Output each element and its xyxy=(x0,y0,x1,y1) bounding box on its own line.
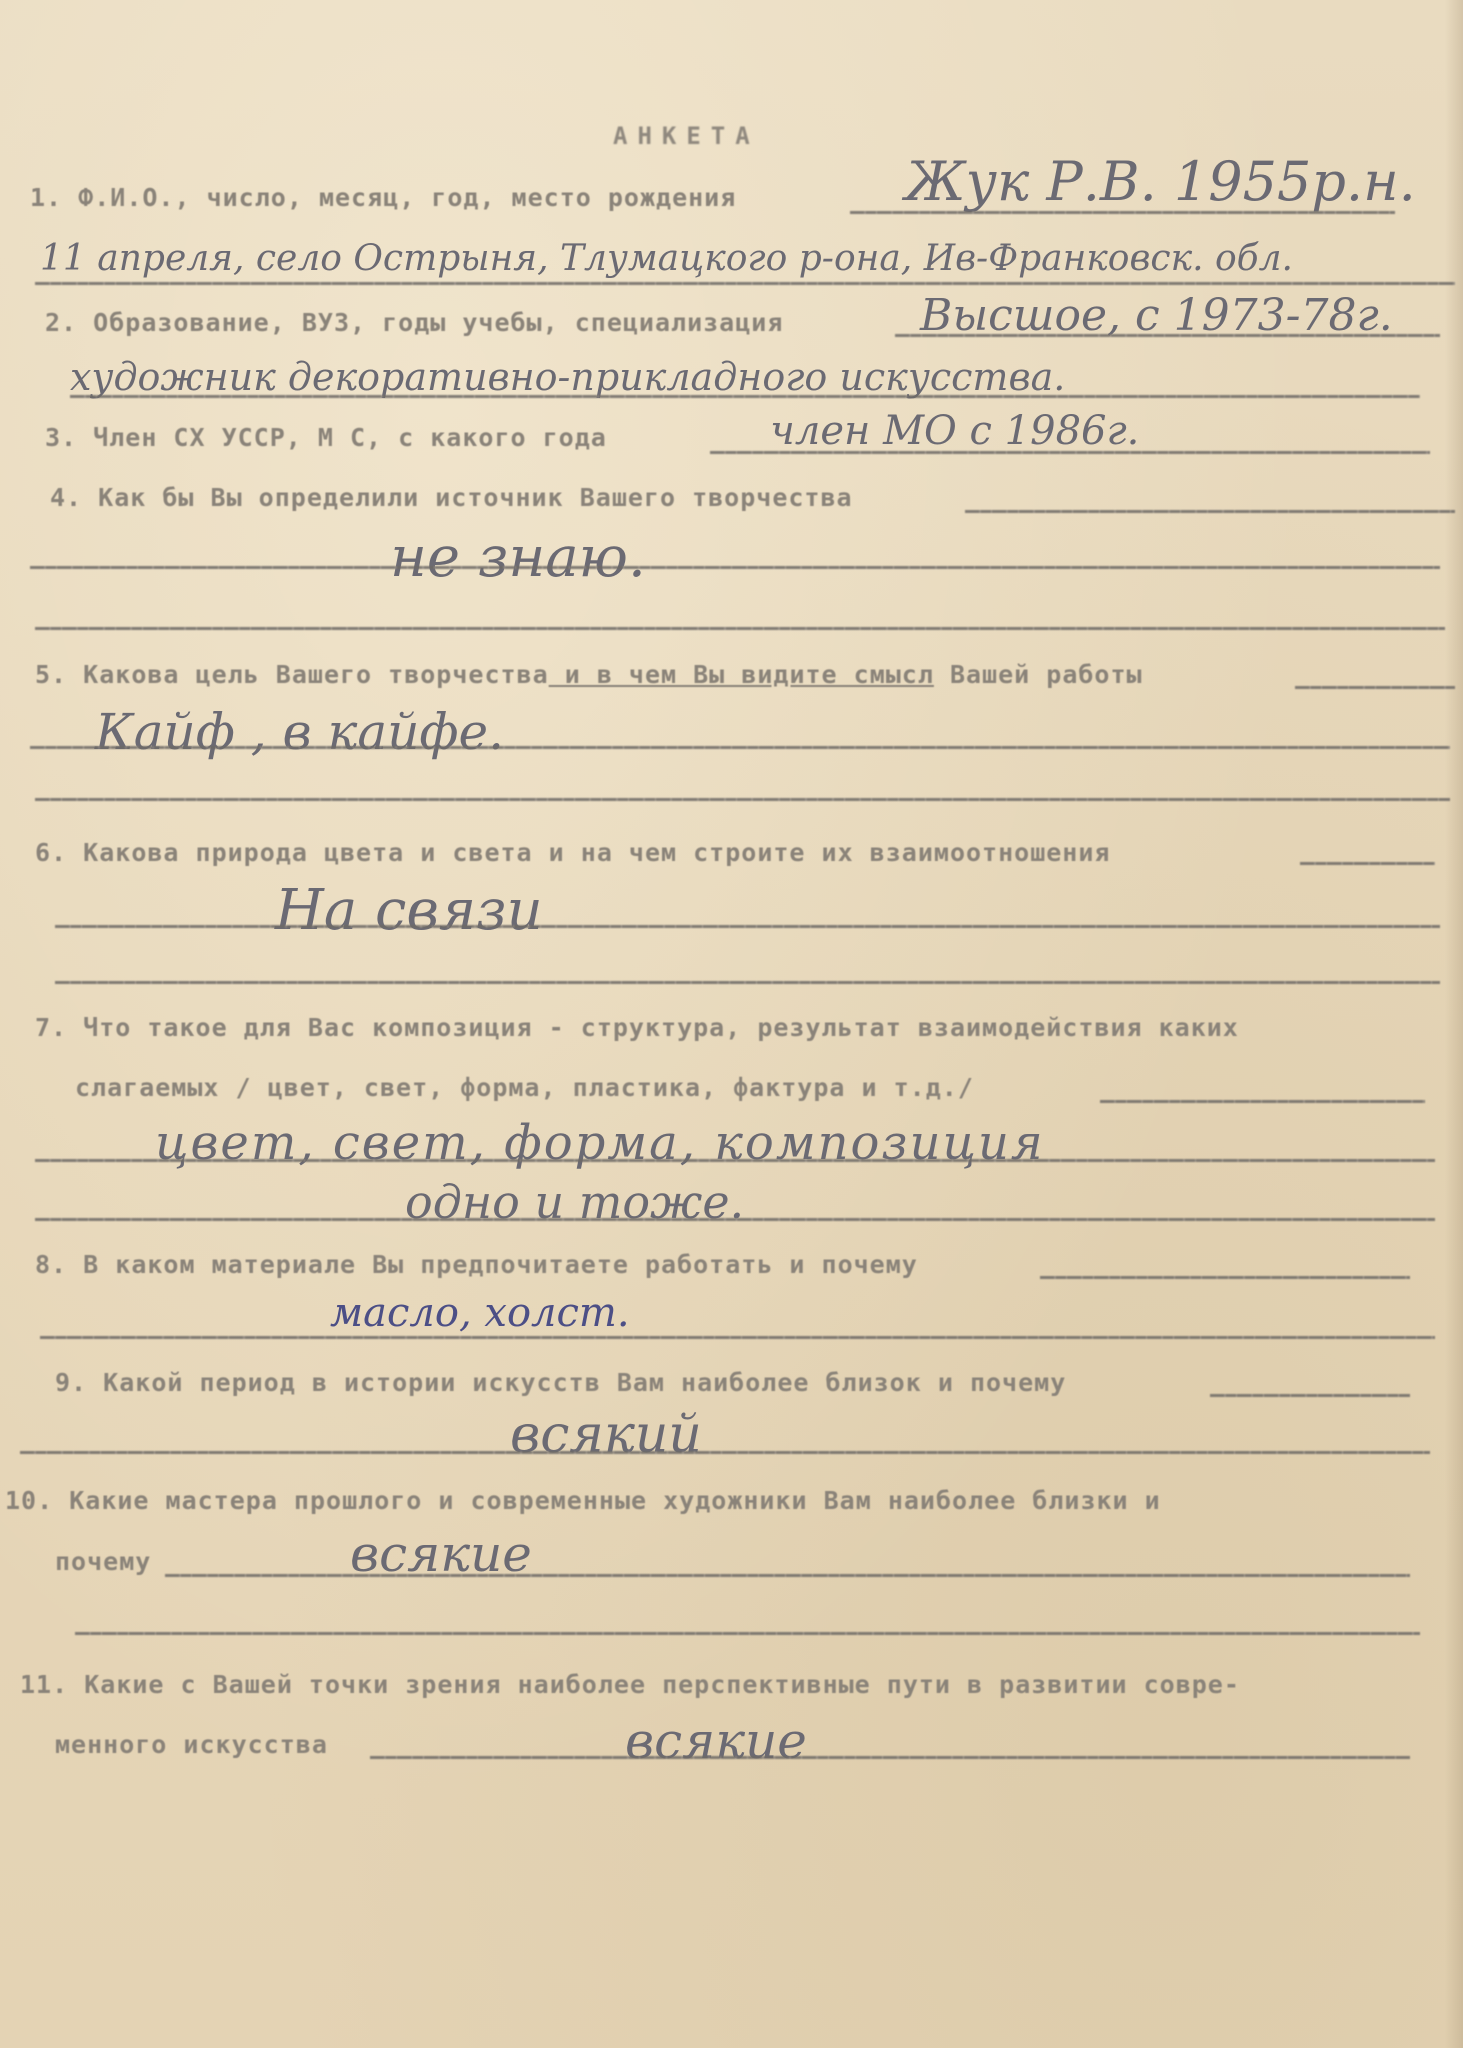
question-text: Ф.И.О., число, месяц, год, место рождени… xyxy=(78,183,736,212)
question-text: Какие с Вашей точки зрения наиболее перс… xyxy=(84,1670,1240,1699)
question-number: 9. xyxy=(55,1368,87,1397)
answer-line xyxy=(30,566,1440,569)
answer-4: не знаю. xyxy=(390,525,646,590)
question-text: Какие мастера прошлого и современные худ… xyxy=(69,1486,1161,1515)
question-text: Какова природа цвета и света и на чем ст… xyxy=(83,838,1110,867)
question-8: 8. В каком материале Вы предпочитаете ра… xyxy=(35,1250,918,1279)
answer-line xyxy=(35,282,1455,285)
question-10-line-2: почему xyxy=(55,1547,151,1576)
answer-line xyxy=(165,1574,1410,1577)
question-text: Образование, ВУЗ, годы учебы, специализа… xyxy=(93,308,783,337)
answer-line xyxy=(35,627,1445,630)
answer-5: Кайф , в кайфе. xyxy=(95,703,504,761)
answer-line xyxy=(710,451,1430,454)
question-text: Какой период в истории искусств Вам наиб… xyxy=(103,1368,1066,1397)
answer-line xyxy=(20,1451,1430,1454)
question-number: 8. xyxy=(35,1250,67,1279)
question-number: 1. xyxy=(30,183,62,212)
question-text-part1: Какова цель Вашего творчества xyxy=(83,660,549,689)
answer-9: всякий xyxy=(510,1405,702,1465)
question-6: 6. Какова природа цвета и света и на чем… xyxy=(35,838,1110,867)
question-text: Что такое для Вас композиция - структура… xyxy=(83,1013,1239,1042)
answer-7-line-1: цвет, свет, форма, композиция xyxy=(155,1115,1045,1171)
answer-line xyxy=(370,1756,1410,1759)
question-text: Член СХ УССР, М С, с какого года xyxy=(93,423,607,452)
answer-line xyxy=(35,798,1450,801)
answer-line xyxy=(1040,1276,1410,1279)
answer-3: член МО с 1986г. xyxy=(770,408,1139,454)
answer-line xyxy=(850,211,1395,214)
document-title: АНКЕТА xyxy=(613,122,760,150)
question-number: 5. xyxy=(35,660,67,689)
answer-6: На связи xyxy=(275,878,543,943)
answer-line xyxy=(965,510,1455,513)
answer-line xyxy=(40,1336,1435,1339)
question-5: 5. Какова цель Вашего творчества и в чем… xyxy=(35,660,1143,689)
question-9: 9. Какой период в истории искусств Вам н… xyxy=(55,1368,1066,1397)
answer-line xyxy=(1210,1394,1410,1397)
question-text: В каком материале Вы предпочитаете работ… xyxy=(83,1250,918,1279)
question-11: 11. Какие с Вашей точки зрения наиболее … xyxy=(20,1670,1240,1699)
question-number: 4. xyxy=(50,483,82,512)
answer-line xyxy=(30,746,1450,749)
question-number: 11. xyxy=(20,1670,68,1699)
question-number: 7. xyxy=(35,1013,67,1042)
answer-line xyxy=(35,1218,1435,1221)
question-number: 10. xyxy=(5,1486,53,1515)
question-7-line-2: слагаемых / цвет, свет, форма, пластика,… xyxy=(75,1073,974,1102)
question-number: 3. xyxy=(45,423,77,452)
answer-line xyxy=(1295,686,1455,689)
answer-line xyxy=(35,1159,1435,1162)
answer-line xyxy=(75,1632,1420,1635)
question-7: 7. Что такое для Вас композиция - структ… xyxy=(35,1013,1239,1042)
answer-8: масло, холст. xyxy=(330,1290,630,1336)
answer-line xyxy=(55,981,1440,984)
question-3: 3. Член СХ УССР, М С, с какого года xyxy=(45,423,607,452)
answer-line xyxy=(70,395,1420,398)
question-text-underlined: и в чем Вы видите смысл xyxy=(549,660,934,689)
question-10: 10. Какие мастера прошлого и современные… xyxy=(5,1486,1161,1515)
question-number: 6. xyxy=(35,838,67,867)
question-text-part3: Вашей работы xyxy=(934,660,1143,689)
answer-line xyxy=(55,925,1440,928)
questionnaire-page: АНКЕТА 1. Ф.И.О., число, месяц, год, мес… xyxy=(0,0,1463,2048)
answer-line xyxy=(895,334,1440,337)
question-text: Как бы Вы определили источник Вашего тво… xyxy=(98,483,852,512)
answer-1-line-2: 11 апреля, село Острыня, Тлумацкого р-он… xyxy=(40,238,1293,279)
answer-11: всякие xyxy=(625,1712,807,1770)
answer-line xyxy=(1300,862,1435,865)
paper-edge xyxy=(1445,0,1463,2048)
answer-2-line-2: художник декоративно-прикладного искусст… xyxy=(70,355,1065,399)
answer-1-line-1: Жук Р.В. 1955р.н. xyxy=(905,150,1416,213)
answer-line xyxy=(1100,1100,1425,1103)
question-1: 1. Ф.И.О., число, месяц, год, место рожд… xyxy=(30,183,736,212)
question-2: 2. Образование, ВУЗ, годы учебы, специал… xyxy=(45,308,783,337)
question-4: 4. Как бы Вы определили источник Вашего … xyxy=(50,483,853,512)
question-11-line-2: менного искусства xyxy=(55,1730,328,1759)
question-number: 2. xyxy=(45,308,77,337)
